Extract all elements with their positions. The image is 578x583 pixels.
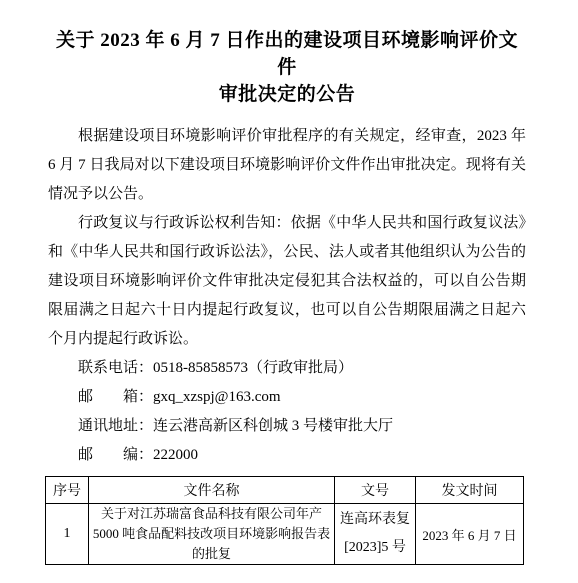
table-header-serial: 序号 <box>46 477 89 504</box>
table-header-file-name: 文件名称 <box>89 477 335 504</box>
contact-line-email: 邮 箱：gxq_xzspj@163.com <box>48 383 526 412</box>
contact-label-phone: 联系电话： <box>78 360 153 376</box>
contact-line-phone: 联系电话：0518-85858573（行政审批局） <box>48 354 526 383</box>
contact-value-address: 连云港高新区科创城 3 号楼审批大厅 <box>153 418 393 434</box>
contact-value-email: gxq_xzspj@163.com <box>153 389 281 405</box>
cell-doc-number: 连高环表复[2023]5 号 <box>335 504 416 565</box>
table-header-doc-number: 文号 <box>335 477 416 504</box>
cell-serial-number: 1 <box>46 504 89 565</box>
announcement-document: 关于 2023 年 6 月 7 日作出的建设项目环境影响评价文件 审批决定的公告… <box>0 0 578 565</box>
contact-label-postcode: 邮 编： <box>78 447 153 463</box>
contact-label-email: 邮 箱： <box>78 389 153 405</box>
contact-label-address: 通讯地址： <box>78 418 153 434</box>
cell-issue-date: 2023 年 6 月 7 日 <box>416 504 524 565</box>
paragraph-decision-summary: 根据建设项目环境影响评价审批程序的有关规定，经审查，2023 年 6 月 7 日… <box>48 122 526 209</box>
approval-decision-table: 序号 文件名称 文号 发文时间 1 关于对江苏瑞富食品科技有限公司年产5000 … <box>45 476 524 565</box>
paragraph-rights-notice: 行政复议与行政诉讼权利告知：依据《中华人民共和国行政复议法》和《中华人民共和国行… <box>48 209 526 354</box>
table-row: 1 关于对江苏瑞富食品科技有限公司年产5000 吨食品配料技改项目环境影响报告表… <box>46 504 524 565</box>
cell-file-name: 关于对江苏瑞富食品科技有限公司年产5000 吨食品配料技改项目环境影响报告表的批… <box>89 504 335 565</box>
contact-value-phone: 0518-85858573（行政审批局） <box>153 360 353 376</box>
page-title: 关于 2023 年 6 月 7 日作出的建设项目环境影响评价文件 审批决定的公告 <box>48 27 526 108</box>
table-header-row: 序号 文件名称 文号 发文时间 <box>46 477 524 504</box>
contact-line-postcode: 邮 编：222000 <box>48 441 526 470</box>
contact-value-postcode: 222000 <box>153 447 198 463</box>
page-title-line-1: 关于 2023 年 6 月 7 日作出的建设项目环境影响评价文件 <box>48 27 526 81</box>
table-header-issue-date: 发文时间 <box>416 477 524 504</box>
contact-line-address: 通讯地址：连云港高新区科创城 3 号楼审批大厅 <box>48 412 526 441</box>
page-title-line-2: 审批决定的公告 <box>48 81 526 108</box>
